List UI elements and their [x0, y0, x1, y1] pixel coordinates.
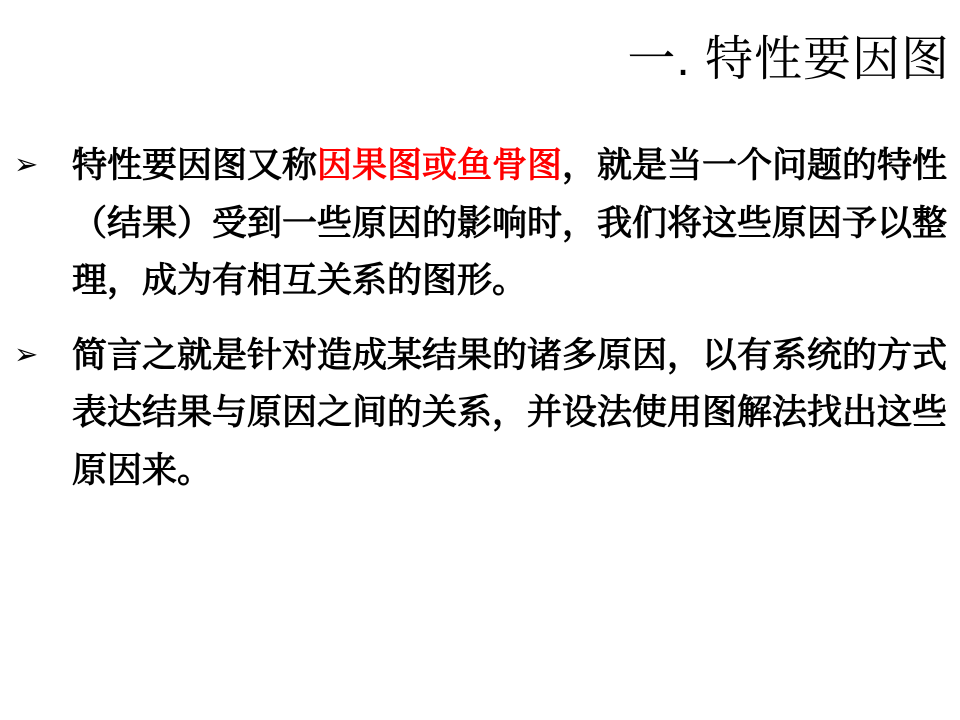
- text-segment: 表达结果与原因之间的关系，并设法使用图解法找出这些: [72, 393, 947, 432]
- text-segment: 原因来。: [72, 451, 212, 490]
- bullet-item-1: ➢ 特性要因图又称因果图或鱼骨图，就是当一个问题的特性 （结果）受到一些原因的影…: [10, 137, 940, 310]
- text-segment: 特性要因图又称: [72, 146, 317, 185]
- text-line: 原因来。: [72, 442, 940, 500]
- slide-title: 一. 特性要因图: [627, 20, 950, 89]
- text-line: 特性要因图又称因果图或鱼骨图，就是当一个问题的特性: [72, 137, 940, 195]
- bullet-2-text: 简言之就是针对造成某结果的诸多原因，以有系统的方式 表达结果与原因之间的关系，并…: [72, 327, 940, 500]
- text-line: 理，成为有相互关系的图形。: [72, 252, 940, 310]
- text-line: 简言之就是针对造成某结果的诸多原因，以有系统的方式: [72, 327, 940, 385]
- slide-body: ➢ 特性要因图又称因果图或鱼骨图，就是当一个问题的特性 （结果）受到一些原因的影…: [10, 137, 940, 499]
- highlighted-text-segment: 因果图或鱼骨图: [317, 146, 562, 185]
- text-segment: （结果）受到一些原因的影响时，我们将这些原因予以整: [72, 204, 947, 243]
- text-segment: ，就是当一个问题的特性: [562, 146, 947, 185]
- bullet-item-2: ➢ 简言之就是针对造成某结果的诸多原因，以有系统的方式 表达结果与原因之间的关系…: [10, 327, 940, 500]
- text-segment: 理，成为有相互关系的图形。: [72, 261, 527, 300]
- arrow-bullet-icon: ➢: [10, 137, 72, 195]
- arrow-bullet-icon: ➢: [10, 327, 72, 385]
- text-line: 表达结果与原因之间的关系，并设法使用图解法找出这些: [72, 384, 940, 442]
- bullet-1-text: 特性要因图又称因果图或鱼骨图，就是当一个问题的特性 （结果）受到一些原因的影响时…: [72, 137, 940, 310]
- slide: 一. 特性要因图 ➢ 特性要因图又称因果图或鱼骨图，就是当一个问题的特性 （结果…: [0, 0, 960, 720]
- text-segment: 简言之就是针对造成某结果的诸多原因，以有系统的方式: [72, 336, 947, 375]
- text-line: （结果）受到一些原因的影响时，我们将这些原因予以整: [72, 195, 940, 253]
